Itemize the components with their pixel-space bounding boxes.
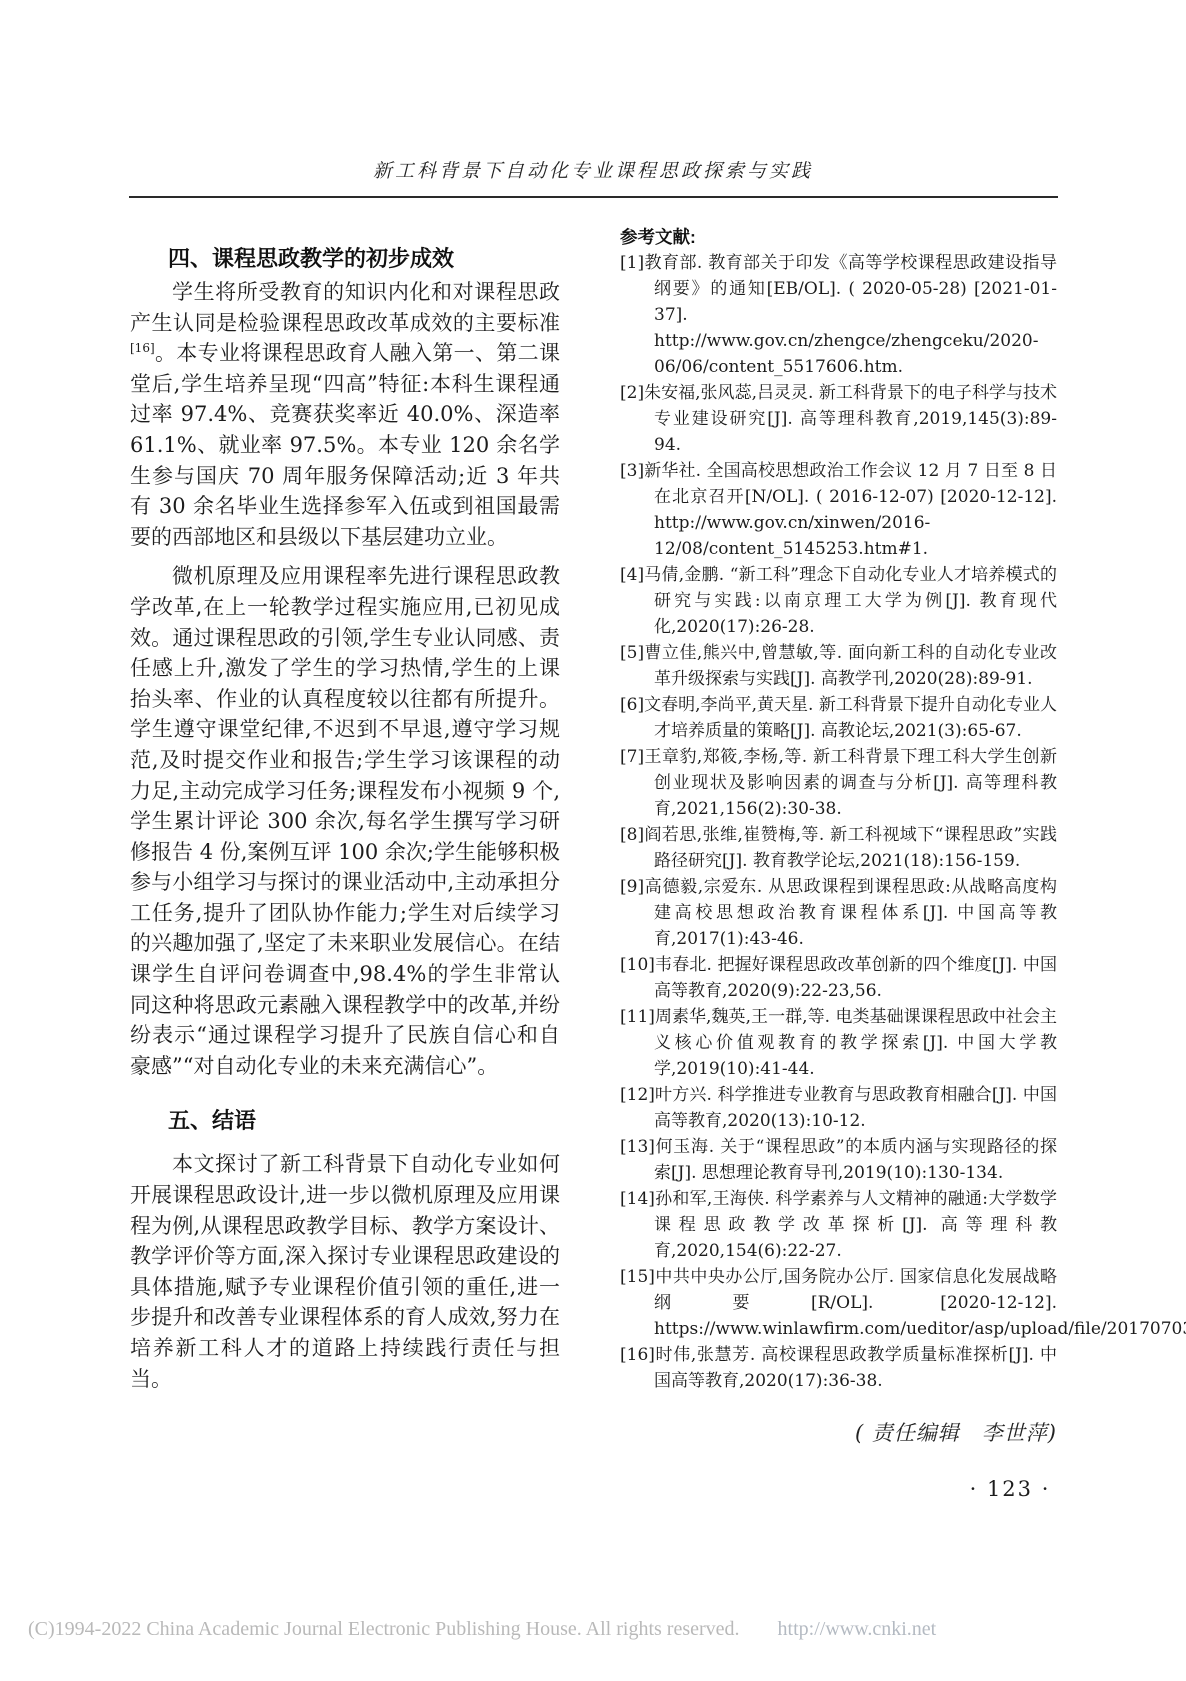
journal-page: 新工科背景下自动化专业课程思政探索与实践 四、课程思政教学的初步成效 学生将所受… bbox=[0, 0, 1186, 1681]
paragraph-text: 。本专业将课程思政育人融入第一、第二课堂后,学生培养呈现“四高”特征:本科生课程… bbox=[130, 341, 560, 549]
footer-copyright: (C)1994-2022 China Academic Journal Elec… bbox=[28, 1618, 740, 1640]
reference-item: [16]时伟,张慧芳. 高校课程思政教学质量标准探析[J]. 中国高等教育,20… bbox=[620, 1342, 1057, 1394]
section-heading-5: 五、结语 bbox=[130, 1105, 560, 1137]
paragraph-text: 学生将所受教育的知识内化和对课程思政产生认同是检验课程思政改革成效的主要标准 bbox=[130, 280, 560, 335]
right-column: 参考文献: [1]教育部. 教育部关于印发《高等学校课程思政建设指导纲要》的通知… bbox=[620, 224, 1057, 1446]
footer-url: http://www.cnki.net bbox=[778, 1618, 937, 1640]
references-list: [1]教育部. 教育部关于印发《高等学校课程思政建设指导纲要》的通知[EB/OL… bbox=[620, 250, 1057, 1394]
reference-item: [7]王章豹,郑筱,李杨,等. 新工科背景下理工科大学生创新创业现状及影响因素的… bbox=[620, 744, 1057, 822]
reference-item: [3]新华社. 全国高校思想政治工作会议 12 月 7 日至 8 日在北京召开[… bbox=[620, 458, 1057, 562]
reference-item: [12]叶方兴. 科学推进专业教育与思政教育相融合[J]. 中国高等教育,202… bbox=[620, 1082, 1057, 1134]
footer: (C)1994-2022 China Academic Journal Elec… bbox=[28, 1618, 1158, 1641]
reference-item: [4]马倩,金鹏. “新工科”理念下自动化专业人才培养模式的研究与实践:以南京理… bbox=[620, 562, 1057, 640]
reference-item: [15]中共中央办公厅,国务院办公厅. 国家信息化发展战略纲要[R/OL]. [… bbox=[620, 1264, 1057, 1342]
reference-item: [10]韦春北. 把握好课程思政改革创新的四个维度[J]. 中国高等教育,202… bbox=[620, 952, 1057, 1004]
left-column: 四、课程思政教学的初步成效 学生将所受教育的知识内化和对课程思政产生认同是检验课… bbox=[130, 243, 560, 1403]
reference-item: [9]高德毅,宗爱东. 从思政课程到课程思政:从战略高度构建高校思想政治教育课程… bbox=[620, 874, 1057, 952]
header-rule bbox=[129, 196, 1058, 198]
paragraph: 微机原理及应用课程率先进行课程思政教学改革,在上一轮教学过程实施应用,已初见成效… bbox=[130, 561, 560, 1081]
paragraph: 本文探讨了新工科背景下自动化专业如何开展课程思政设计,进一步以微机原理及应用课程… bbox=[130, 1149, 560, 1394]
reference-item: [2]朱安福,张风蕊,吕灵灵. 新工科背景下的电子科学与技术专业建设研究[J].… bbox=[620, 380, 1057, 458]
reference-item: [1]教育部. 教育部关于印发《高等学校课程思政建设指导纲要》的通知[EB/OL… bbox=[620, 250, 1057, 380]
reference-item: [14]孙和军,王海侠. 科学素养与人文精神的融通:大学数学课程思政教学改革探析… bbox=[620, 1186, 1057, 1264]
references-heading: 参考文献: bbox=[620, 224, 1057, 250]
running-title: 新工科背景下自动化专业课程思政探索与实践 bbox=[0, 156, 1186, 183]
reference-item: [6]文春明,李尚平,黄天星. 新工科背景下提升自动化专业人才培养质量的策略[J… bbox=[620, 692, 1057, 744]
reference-item: [11]周素华,魏英,王一群,等. 电类基础课课程思政中社会主义核心价值观教育的… bbox=[620, 1004, 1057, 1082]
reference-item: [5]曹立佳,熊兴中,曾慧敏,等. 面向新工科的自动化专业改革升级探索与实践[J… bbox=[620, 640, 1057, 692]
section-heading-4: 四、课程思政教学的初步成效 bbox=[130, 243, 560, 275]
page-number: · 123 · bbox=[960, 1477, 1060, 1501]
reference-item: [13]何玉海. 关于“课程思政”的本质内涵与实现路径的探索[J]. 思想理论教… bbox=[620, 1134, 1057, 1186]
editor-note: ( 责任编辑 李世萍) bbox=[620, 1420, 1057, 1446]
reference-item: [8]阎若思,张维,崔赞梅,等. 新工科视域下“课程思政”实践路径研究[J]. … bbox=[620, 822, 1057, 874]
paragraph: 学生将所受教育的知识内化和对课程思政产生认同是检验课程思政改革成效的主要标准[1… bbox=[130, 277, 560, 552]
citation-superscript: [16] bbox=[130, 341, 155, 355]
